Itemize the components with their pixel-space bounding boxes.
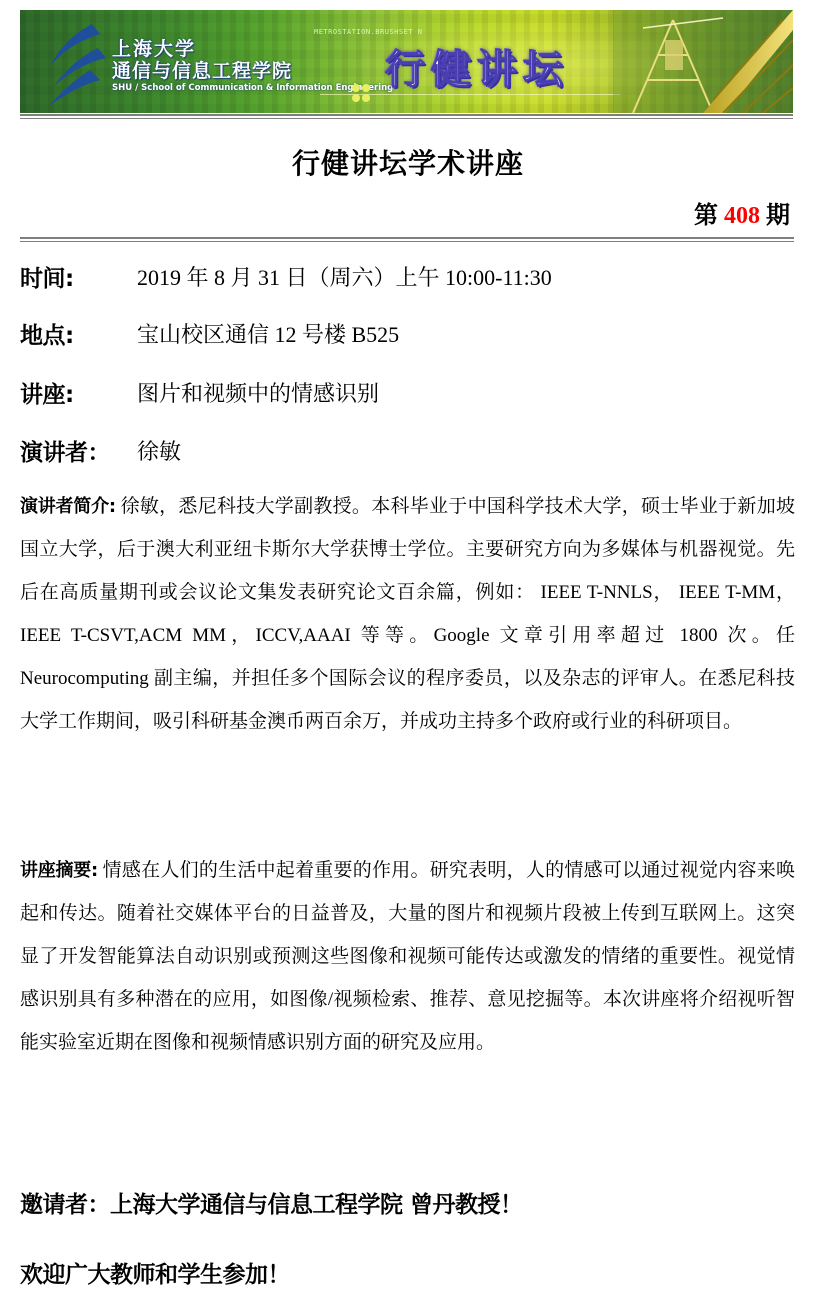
info-place: 地点: 宝山校区通信 12 号楼 B525 — [20, 317, 800, 351]
shu-logo-icon — [40, 22, 110, 108]
forum-name: 行健讲坛 — [385, 38, 569, 95]
bio-label: 演讲者简介: — [20, 496, 116, 517]
antenna-tower-icon — [613, 10, 793, 113]
speaker-bio: 演讲者简介: 徐敏，悉尼科技大学副教授。本科毕业于中国科学技术大学，硕士毕业于新… — [20, 485, 795, 743]
speaker-label: 演讲者： — [20, 434, 110, 467]
title-divider — [20, 237, 794, 242]
time-label: 时间: — [20, 260, 74, 293]
info-lecture: 讲座: 图片和视频中的情感识别 — [20, 376, 800, 410]
inviter-line: 邀请者：上海大学通信与信息工程学院 曾丹教授！ — [20, 1186, 523, 1219]
banner-dots-icon — [350, 82, 380, 104]
issue-number: 第408期 — [694, 195, 790, 230]
abstract-label: 讲座摘要: — [20, 860, 98, 881]
info-time: 时间: 2019 年 8 月 31 日（周六）上午 10:00-11:30 — [20, 260, 800, 294]
header-banner: 上海大学 通信与信息工程学院 SHU / School of Communica… — [20, 10, 793, 113]
lecture-abstract: 讲座摘要: 情感在人们的生活中起着重要的作用。研究表明，人的情感可以通过视觉内容… — [20, 849, 795, 1064]
banner-divider — [20, 114, 793, 119]
speaker-value: 徐敏 — [137, 435, 181, 466]
welcome-line: 欢迎广大教师和学生参加！ — [20, 1256, 290, 1289]
info-speaker: 演讲者： 徐敏 — [20, 434, 800, 468]
lecture-label: 讲座: — [20, 376, 74, 409]
school-name-cn-line2: 通信与信息工程学院 — [112, 56, 292, 83]
abstract-text: 情感在人们的生活中起着重要的作用。研究表明，人的情感可以通过视觉内容来唤起和传达… — [20, 860, 795, 1053]
time-value: 2019 年 8 月 31 日（周六）上午 10:00-11:30 — [137, 261, 552, 292]
document-title: 行健讲坛学术讲座 — [0, 142, 816, 182]
place-value: 宝山校区通信 12 号楼 B525 — [137, 318, 399, 349]
issue-suffix: 期 — [766, 200, 790, 229]
banner-watermark: METROSTATION.BRUSHSET N — [314, 28, 422, 36]
place-label: 地点: — [20, 317, 74, 350]
issue-number-value: 408 — [724, 203, 760, 229]
bio-text: 徐敏，悉尼科技大学副教授。本科毕业于中国科学技术大学，硕士毕业于新加坡国立大学，… — [20, 496, 795, 732]
issue-prefix: 第 — [694, 200, 718, 229]
lecture-value: 图片和视频中的情感识别 — [137, 377, 379, 408]
